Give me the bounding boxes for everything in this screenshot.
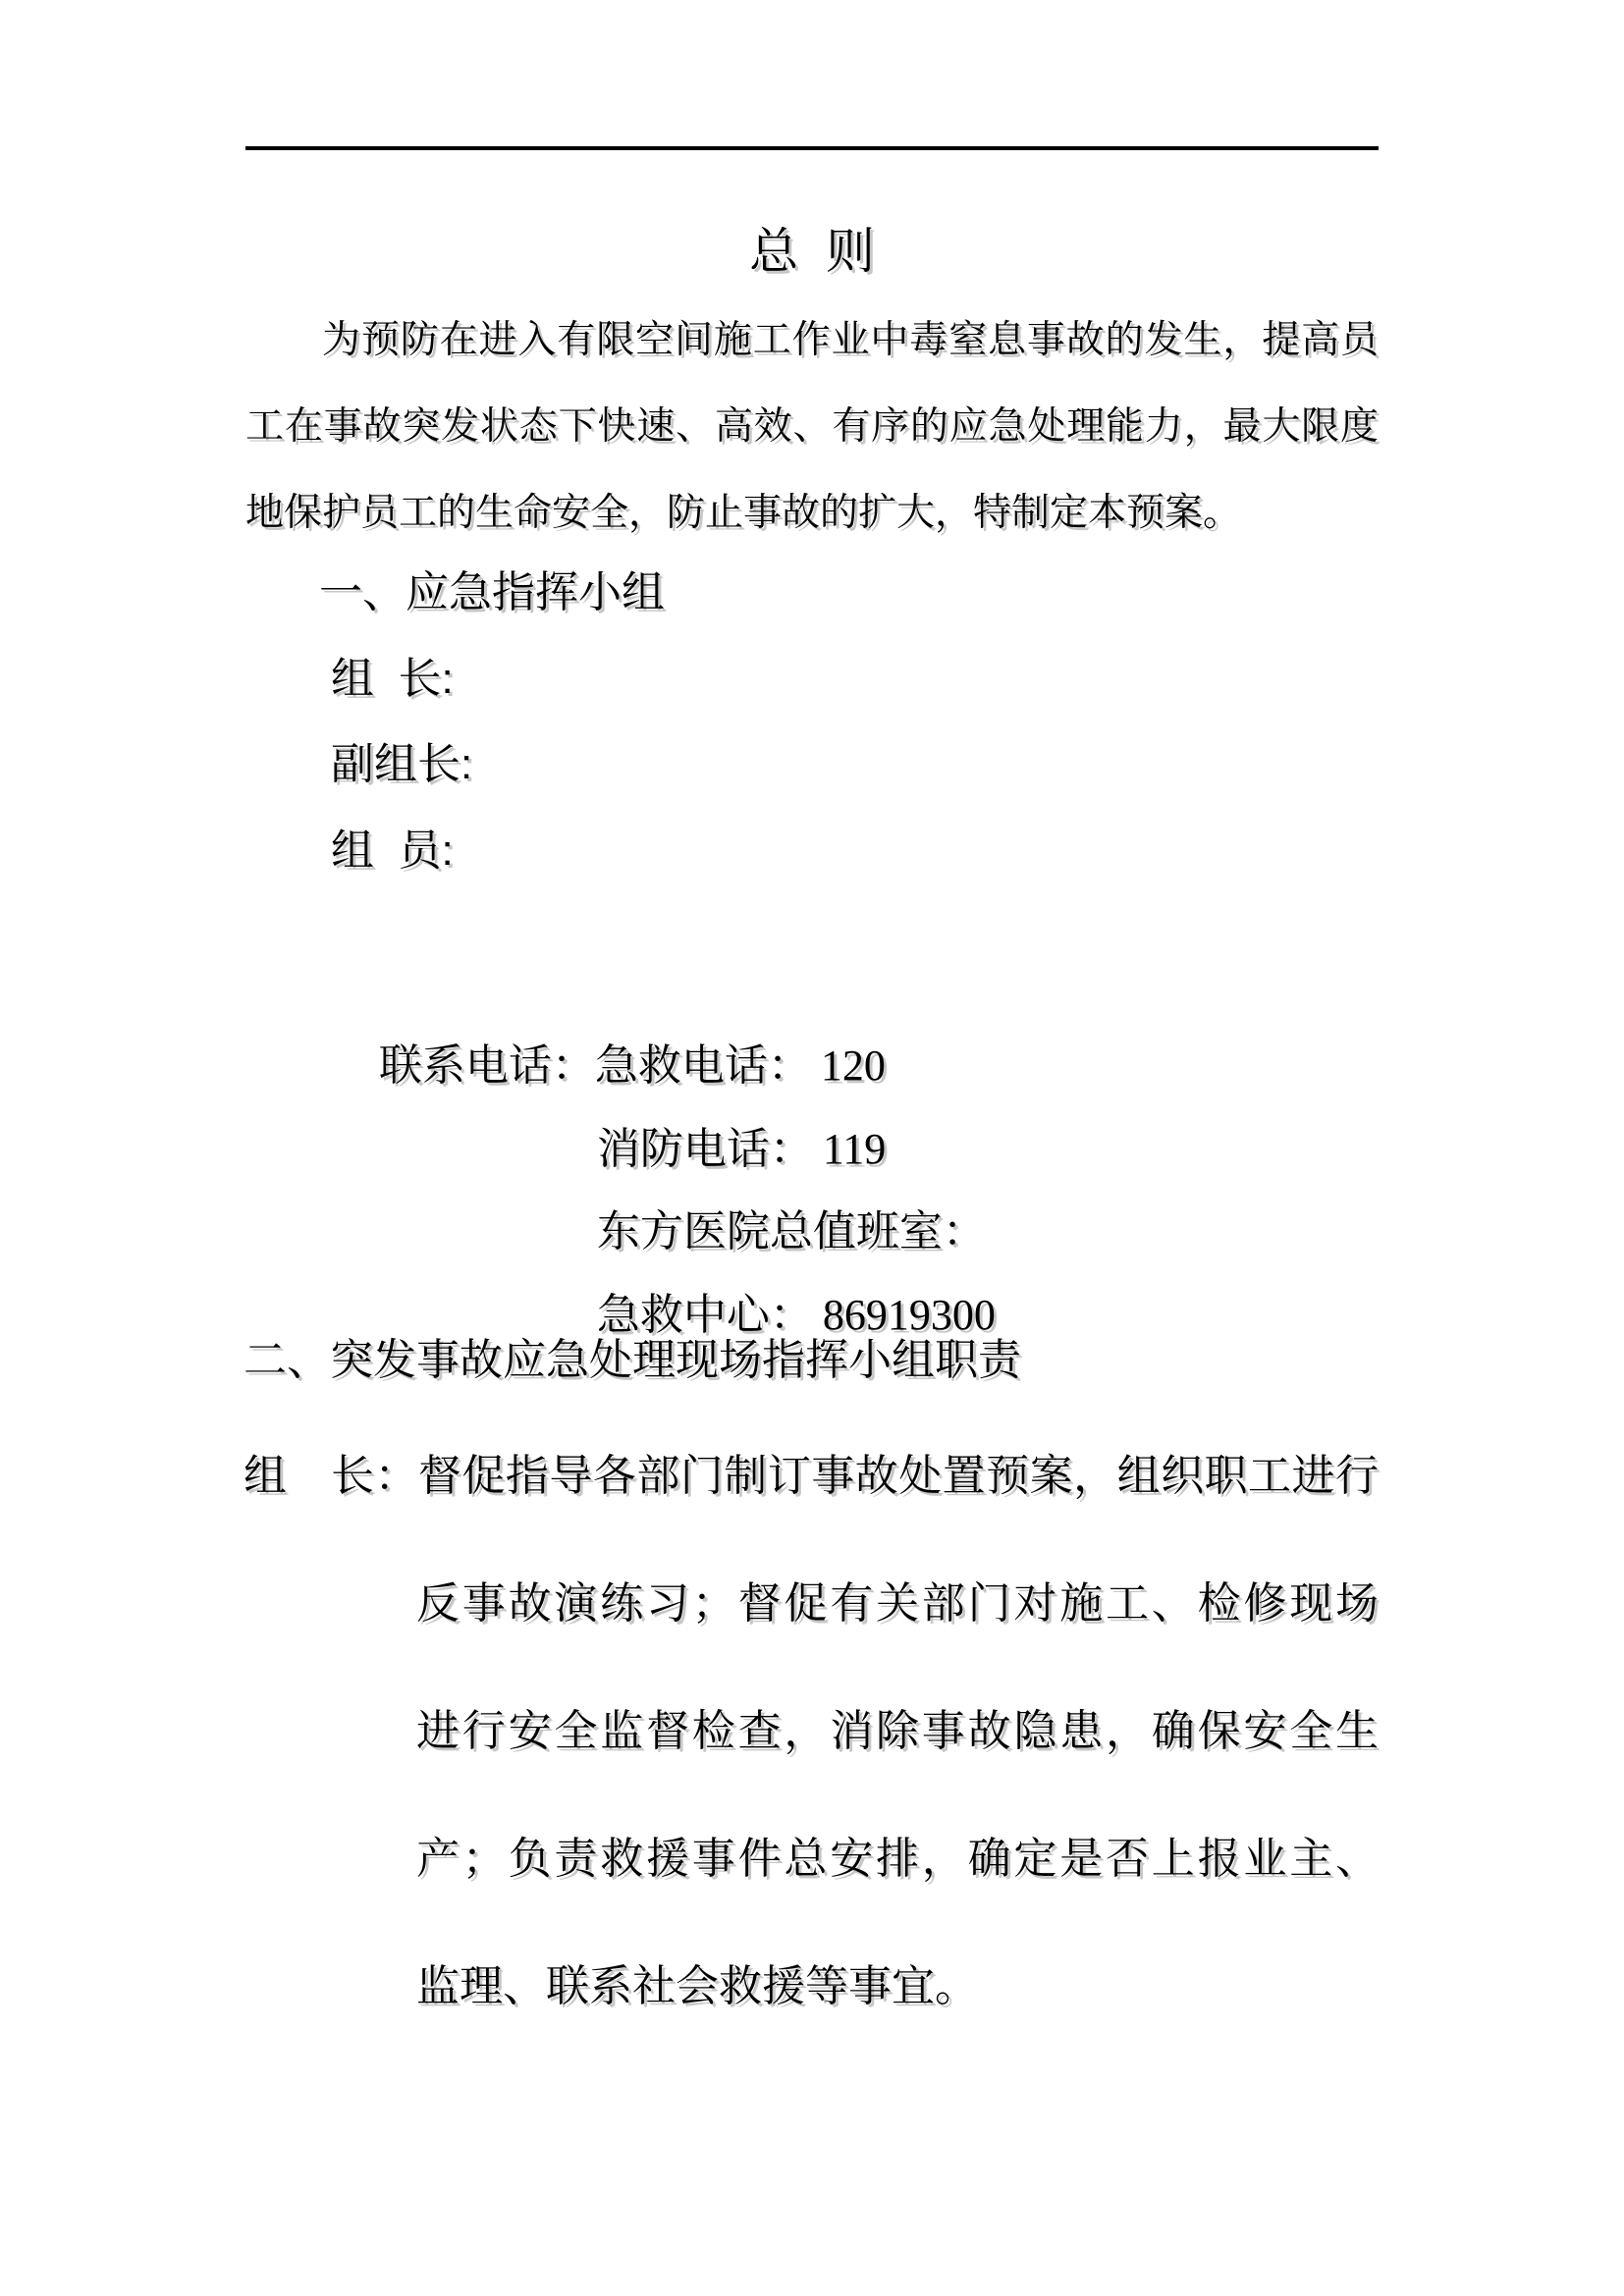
role-label-members: 组 员:	[331, 829, 454, 873]
role-label-leader: 组 长:	[331, 658, 454, 701]
contact-name-hospital: 东方医院总值班室：	[597, 1207, 986, 1255]
header-rule	[245, 146, 1379, 150]
section-2-heading: 二、突发事故应急处理现场指挥小组职责	[244, 1339, 1021, 1382]
contact-name-emergency: 急救电话：	[595, 1041, 811, 1090]
contact-name-fire: 消防电话：	[597, 1125, 813, 1173]
section-1-heading: 一、应急指挥小组	[319, 571, 665, 614]
leader-duty-line-2: 反事故演练习；督促有关部门对施工、检修现场	[416, 1582, 1379, 1626]
document-page: 总 则 为预防在进入有限空间施工作业中毒窒息事故的发生，提高员 工在事故突发状态…	[0, 0, 1624, 2296]
leader-duty-line-4: 产；负责救援事件总安排，确定是否上报业主、	[416, 1838, 1379, 1881]
leader-duty-label: 组 长：	[244, 1452, 418, 1500]
contacts-lead-label: 联系电话：	[379, 1041, 595, 1090]
leader-duty-line-3: 进行安全监督检查，消除事故隐患，确保安全生	[416, 1710, 1379, 1753]
leader-duty-line-5: 监理、联系社会救援等事宜。	[416, 1965, 978, 2008]
intro-paragraph-line-1: 为预防在进入有限空间施工作业中毒窒息事故的发生，提高员	[245, 321, 1379, 359]
contact-number-emergency: 120	[821, 1041, 886, 1090]
contact-number-fire: 119	[823, 1125, 886, 1173]
intro-paragraph-line-2: 工在事故突发状态下快速、高效、有序的应急处理能力，最大限度	[245, 407, 1379, 446]
leader-duty-line-1: 组 长：督促指导各部门制订事故处置预案，组织职工进行	[244, 1455, 1379, 1498]
contact-name-rescue-center: 急救中心：	[597, 1291, 813, 1339]
contact-number-rescue-center: 86919300	[823, 1291, 996, 1339]
leader-duty-text: 督促指导各部门制订事故处置预案，组织职工进行	[418, 1452, 1379, 1500]
page-title: 总 则	[245, 227, 1379, 276]
intro-paragraph-line-3: 地保护员工的生命安全，防止事故的扩大，特制定本预案。	[245, 494, 1379, 532]
role-label-deputy-leader: 副组长:	[331, 743, 472, 786]
